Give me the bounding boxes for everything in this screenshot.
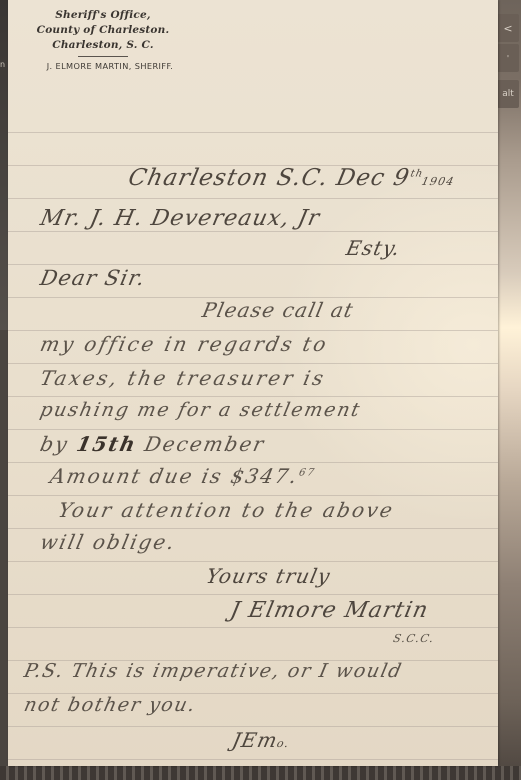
dateline-text: Charleston S.C. Dec 9: [126, 165, 412, 191]
recipient-title: Esty.: [344, 236, 403, 260]
ruled-line: [8, 528, 498, 529]
body-line-oblige: will oblige.: [38, 530, 178, 554]
ruled-line: [8, 726, 498, 727]
keyboard-key-less-than: <: [497, 14, 519, 42]
ruled-line: [8, 198, 498, 199]
keyboard-key-apostrophe: ': [497, 44, 519, 72]
body-december: December: [142, 432, 267, 456]
signature: J Elmore Martin: [228, 598, 431, 623]
body-line-5: by 15th December: [38, 432, 268, 456]
ruled-line: [8, 627, 498, 628]
initials-suffix: o.: [276, 737, 291, 750]
ruled-line: [8, 495, 498, 496]
ruled-line: [8, 264, 498, 265]
dateline: Charleston S.C. Dec 9th1904: [126, 165, 458, 191]
ruled-line: [8, 462, 498, 463]
letter-paper: Sheriff's Office, County of Charleston. …: [8, 0, 498, 766]
initials: JEmo.: [230, 728, 293, 752]
body-by: by: [38, 432, 71, 456]
letterhead-divider: [78, 56, 128, 57]
ruled-line: [8, 429, 498, 430]
body-amount: Amount due is $347.: [48, 464, 301, 488]
keyboard-key-alt: alt: [497, 80, 519, 108]
recipient-name: Mr. J. H. Devereaux, Jr: [38, 206, 322, 231]
initials-text: JEm: [230, 728, 280, 752]
body-amount-line: Amount due is $347.67: [48, 464, 318, 488]
dateline-year: 1904: [420, 175, 456, 188]
letterhead-county: County of Charleston.: [8, 23, 198, 38]
body-line-1: Please call at: [200, 298, 356, 322]
body-line-3: Taxes, the treasurer is: [38, 366, 328, 390]
ruled-line: [8, 561, 498, 562]
body-amount-cents: 67: [298, 467, 317, 478]
body-date-15th: 15th: [74, 432, 139, 456]
ruled-line: [8, 594, 498, 595]
background-keyboard: < ' alt: [495, 0, 521, 780]
keyboard-key-left: n: [0, 60, 8, 80]
ruled-line: [8, 330, 498, 331]
letterhead-sheriff-name: J. ELMORE MARTIN, SHERIFF.: [22, 61, 198, 71]
letterhead-office: Sheriff's Office,: [8, 8, 198, 23]
body-line-attention: Your attention to the above: [56, 498, 397, 522]
letterhead-city: Charleston, S. C.: [8, 38, 198, 53]
postscript-line-1: P.S. This is imperative, or I would: [22, 660, 405, 682]
ruled-line: [8, 363, 498, 364]
signature-title: S.C.C.: [392, 632, 436, 645]
body-line-2: my office in regards to: [38, 332, 331, 356]
letterhead: Sheriff's Office, County of Charleston. …: [8, 8, 198, 71]
ruled-line: [8, 231, 498, 232]
ruled-line: [8, 759, 498, 760]
closing: Yours truly: [204, 564, 333, 588]
ruled-line: [8, 396, 498, 397]
body-line-4: pushing me for a settlement: [38, 399, 363, 421]
background-bottom-edge: [0, 766, 521, 780]
salutation: Dear Sir.: [38, 266, 148, 290]
postscript-line-2: not bother you.: [22, 694, 198, 716]
ruled-line: [8, 132, 498, 133]
